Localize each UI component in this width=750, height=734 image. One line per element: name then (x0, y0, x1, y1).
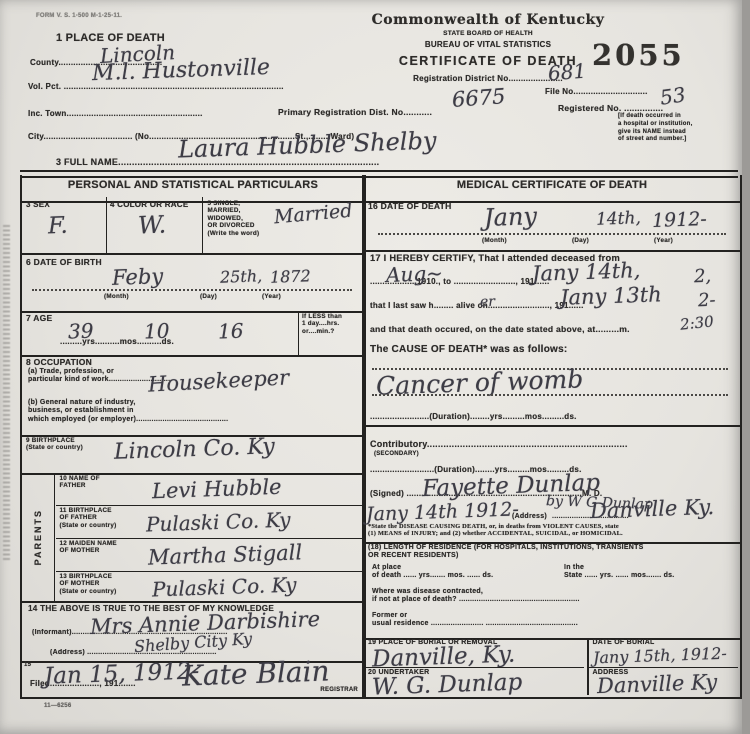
duration-line: ........................(Duration)......… (370, 412, 730, 422)
dod-writing-line (378, 233, 726, 235)
occupation-b-label: (b) General nature of industry, business… (28, 399, 348, 424)
age-units-line: .........yrs..........mos..........ds. (60, 337, 292, 347)
dod-year-value: 1912- (652, 208, 708, 232)
sex-color-marital-row: 3 SEX F. 4 COLOR OR RACE W. 5 SINGLE, MA… (22, 197, 364, 255)
father-birthplace-row: 11 BIRTHPLACE OF FATHER (State or countr… (56, 505, 365, 539)
form-number: FORM V. S. 1-500 M-1-25-11. (36, 13, 122, 21)
marital-label: 5 SINGLE, MARRIED, WIDOWED, OR DIVORCED … (208, 200, 260, 237)
registrar-signature: Kate Blain (181, 654, 330, 692)
hospital-note: [If death occurred in a hospital or inst… (618, 113, 733, 144)
color-race-cell: 4 COLOR OR RACE W. (106, 197, 203, 253)
contributory-line: Contributory............................… (370, 439, 730, 450)
secondary-label: (SECONDARY) (374, 451, 419, 459)
mother-birthplace-value: Pulaski Co. Ky (151, 572, 296, 601)
undertaker-address-cell: ADDRESS Danville Ky (589, 668, 741, 695)
registrar-label: REGISTRAR (320, 687, 358, 695)
certificate-scan: FORM V. S. 1-500 M-1-25-11. 1 PLACE OF D… (0, 0, 742, 734)
attended-to-value: Jany 14th, (532, 258, 641, 286)
filed-date-value: Jan 15, 1912- (44, 658, 200, 689)
undertaker-cell: 20 UNDERTAKER W. G. Dunlap (364, 668, 587, 695)
parents-strip: PARENTS (22, 473, 55, 601)
commonwealth-title: Commonwealth of Kentucky (368, 12, 608, 28)
registered-no-line: Registered No. ............... (558, 103, 718, 113)
burial-date-cell: DATE OF BURIAL Jany 15th, 1912- (589, 638, 741, 668)
signed-address-value: Danville Ky. (590, 495, 715, 523)
occupation-label: 8 OCCUPATION (26, 357, 92, 367)
attended-to-year-value: 2, (694, 266, 712, 288)
certificate-number: 2055 (592, 38, 685, 72)
mother-name-row: 12 MAIDEN NAME OF MOTHER Martha Stigall (56, 538, 365, 572)
left-margin-vertical-text (3, 225, 10, 560)
signed-date-value: Jany 14th 1912- (366, 498, 520, 525)
sex-value: F. (48, 213, 69, 240)
dod-label: 16 DATE OF DEATH (368, 201, 452, 211)
marital-cell: 5 SINGLE, MARRIED, WIDOWED, OR DIVORCED … (204, 197, 365, 253)
burial-place-cell: 19 PLACE OF BURIAL OR REMOVAL Danville, … (364, 638, 587, 668)
address-label: (Address) (512, 513, 547, 521)
birthplace-row: 9 BIRTHPLACE (State or country) Lincoln … (22, 435, 364, 475)
date-of-birth-row: 6 DATE OF BIRTH Feby 25th, 1872 (Month) … (22, 253, 364, 313)
color-race-value: W. (138, 211, 167, 240)
contributory-block: Contributory............................… (364, 425, 740, 544)
cause-heading: The CAUSE OF DEATH* was as follows: (370, 344, 567, 356)
residence-at-place: At place of death ...... yrs....... mos.… (372, 564, 493, 581)
registered-no-value: 53 (658, 82, 687, 109)
residence-in-state: In the State ...... yrs. ...... mos.....… (564, 564, 675, 581)
age-months-value: 10 (144, 319, 170, 344)
dod-day-label: (Day) (572, 237, 589, 244)
last-saw-date-value: Jany 13th (560, 282, 662, 310)
father-birthplace-value: Pulaski Co. Ky (145, 507, 290, 536)
registration-district-value: 681 (547, 59, 587, 86)
medical-column: MEDICAL CERTIFICATE OF DEATH 16 DATE OF … (362, 175, 742, 699)
former-residence: Former or usual residence ..............… (372, 612, 578, 629)
if-less-cell: If LESS than 1 day....hrs. or....min.? (298, 311, 364, 355)
age-years-value: 39 (68, 319, 94, 344)
residence-heading: (18) LENGTH OF RESIDENCE (FOR HOSPITALS,… (368, 544, 644, 561)
date-of-death-row: 16 DATE OF DEATH Jany 14th, 1912- (Month… (364, 197, 740, 252)
age-days-value: 16 (218, 319, 244, 344)
burial-date-value: Jany 15th, 1912- (592, 644, 726, 668)
father-name-label: 10 NAME OF FATHER (60, 475, 100, 490)
disease-contracted: Where was disease contracted, if not at … (372, 588, 580, 605)
cause-line-2 (372, 394, 728, 396)
last-saw-her-value: er (480, 294, 496, 311)
bureau-line: BUREAU OF VITAL STATISTICS (368, 40, 608, 50)
father-birthplace-label: 11 BIRTHPLACE OF FATHER (State or countr… (60, 507, 117, 529)
mother-name-value: Martha Stigall (147, 540, 302, 569)
filed-row: 15 Filed...................., 191.......… (22, 661, 364, 697)
dob-writing-line (32, 289, 352, 291)
marital-value: Married (273, 200, 353, 229)
dod-day-value: 14th, (596, 208, 641, 230)
form-footer-number: 11—6256 (44, 703, 71, 711)
attended-from-value: Aug~ (386, 261, 444, 287)
last-saw-year-value: 2- (698, 290, 716, 312)
age-label: 7 AGE (26, 313, 52, 323)
parents-label: PARENTS (33, 509, 44, 565)
dob-day-value: 25th, (220, 266, 263, 286)
death-time-value: 2:30 (679, 312, 714, 333)
mother-birthplace-label: 13 BIRTHPLACE OF MOTHER (State or countr… (60, 573, 117, 595)
certify-line3: that I last saw h........ alive on......… (370, 301, 730, 311)
burial-block: 19 PLACE OF BURIAL OR REMOVAL Danville, … (364, 638, 740, 695)
father-name-value: Levi Hubble (151, 475, 281, 504)
state-board-line: STATE BOARD OF HEALTH (368, 30, 608, 37)
primary-registration-line: Primary Registration Dist. No........... (278, 107, 432, 117)
color-race-label: 4 COLOR OR RACE (110, 200, 188, 210)
age-row: 7 AGE .........yrs..........mos.........… (22, 311, 364, 357)
sex-label: 3 SEX (26, 200, 50, 210)
parents-block: PARENTS 10 NAME OF FATHER Levi Hubble 11… (22, 473, 364, 603)
dod-month-value: Jany (484, 202, 538, 232)
dob-day-label: (Day) (200, 293, 217, 300)
birthplace-value: Lincoln Co. Ky (114, 434, 275, 465)
undertaker-value: W. G. Dunlap (372, 669, 523, 700)
dob-label: 6 DATE OF BIRTH (26, 257, 102, 267)
dod-month-label: (Month) (482, 237, 507, 244)
certify-block: 17 I HEREBY CERTIFY, That I attended dec… (364, 250, 740, 427)
cause-footnote: *State the DISEASE CAUSING DEATH, or, in… (368, 523, 623, 537)
dob-month-label: (Month) (104, 293, 129, 300)
inc-town-line: Inc. Town...............................… (28, 109, 258, 119)
dob-year-label: (Year) (262, 293, 281, 300)
sex-cell: 3 SEX F. (22, 197, 107, 253)
informant-row: 14 THE ABOVE IS TRUE TO THE BEST OF MY K… (22, 601, 364, 663)
dod-year-label: (Year) (654, 237, 673, 244)
filed-section-number: 15 (24, 662, 31, 670)
father-name-row: 10 NAME OF FATHER Levi Hubble (56, 473, 365, 506)
file-no-line: File No.............................. (545, 87, 720, 97)
occupation-row: 8 OCCUPATION (a) Trade, profession, or p… (22, 355, 364, 437)
primary-registration-value: 6675 (451, 84, 506, 112)
residence-block: (18) LENGTH OF RESIDENCE (FOR HOSPITALS,… (364, 542, 740, 640)
personal-column: PERSONAL AND STATISTICAL PARTICULARS 3 S… (20, 175, 366, 699)
dob-month-value: Feby (112, 264, 164, 290)
undertaker-address-value: Danville Ky (596, 670, 717, 698)
certify-line4: and that death occured, on the date stat… (370, 324, 630, 334)
dob-year-value: 1872 (270, 266, 311, 286)
mother-name-label: 12 MAIDEN NAME OF MOTHER (60, 540, 117, 555)
if-less-note: If LESS than 1 day....hrs. or....min.? (299, 311, 364, 335)
birthplace-label: 9 BIRTHPLACE (State or country) (26, 437, 83, 452)
mother-birthplace-row: 13 BIRTHPLACE OF MOTHER (State or countr… (56, 571, 365, 601)
